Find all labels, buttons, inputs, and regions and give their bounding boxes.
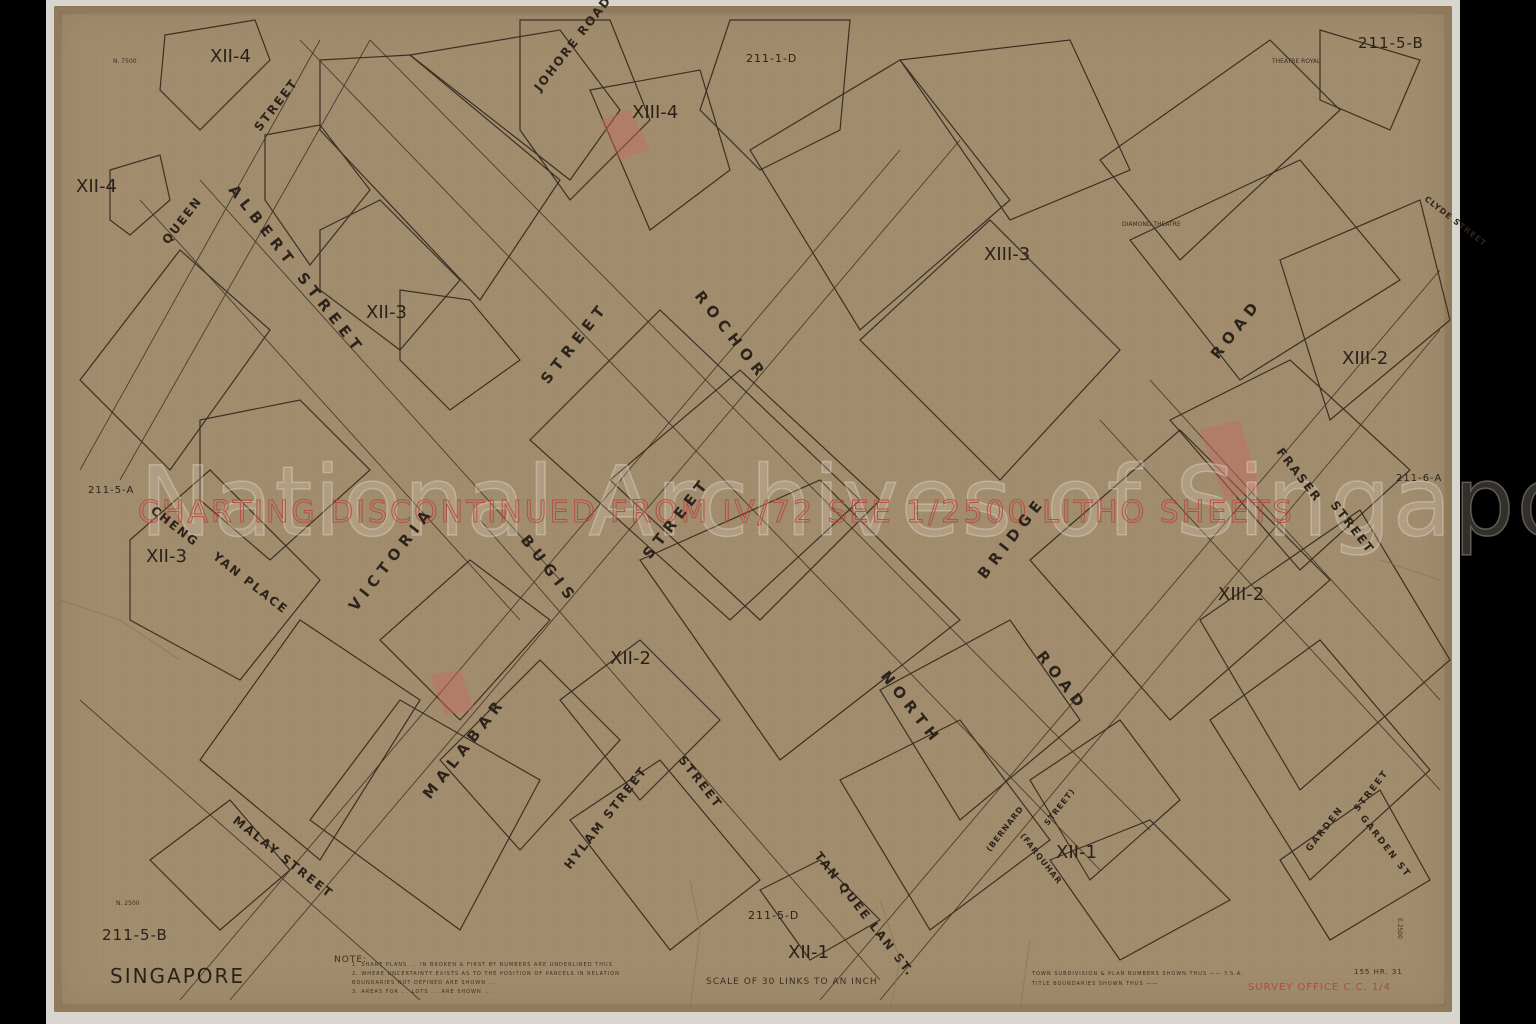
northing-top-label: N. 7500 [113,58,137,65]
grid-ref-xii-2: XII-2 [610,648,651,669]
survey-office-label: SURVEY OFFICE C.C. 1/4 [1248,982,1391,993]
diamond-theatre-label: DIAMOND THEATRE [1122,221,1181,228]
easting-right-label: E.2500 [1396,918,1403,939]
sheet-ref-top-right: 211-5-B [1358,34,1424,52]
grid-ref-xii-1-bottom: XII-1 [788,942,829,963]
northing-bottom-label: N. 2500 [116,900,140,907]
sheet-ref-top-center: 211-1-D [746,52,797,65]
grid-ref-xii-3-center: XII-3 [366,302,407,323]
place-title: SINGAPORE [110,964,245,988]
grid-ref-xiii-2-lower: XIII-2 [1218,584,1264,605]
grid-ref-xiii-2-right: XIII-2 [1342,348,1388,369]
sheet-ref-bottom-center: 211-5-D [748,909,799,922]
sheet-ref-right: 211-6-A [1396,473,1442,484]
grid-ref-xiii-3: XIII-3 [984,244,1030,265]
charting-discontinued-stamp: CHARTING DISCONTINUED FROM IV/72 SEE 1/2… [138,495,1295,530]
grid-ref-xiii-4: XIII-4 [632,102,678,123]
scale-text: SCALE OF 30 LINKS TO AN INCH [706,977,878,987]
legend-subdivision: TOWN SUBDIVISION & PLAN NUMBERS SHOWN TH… [1031,971,1244,977]
sheet-ref-bottom-left: 211-5-B [102,926,168,944]
theatre-royal-label: THEATRE ROYAL [1271,58,1321,65]
grid-ref-xii-3-left: XII-3 [146,546,187,567]
note-1: 1. SHARE PLANS ... IN BROKEN & FIRST BY … [352,962,613,968]
legend-title-boundaries: TITLE BOUNDARIES SHOWN THUS —— [1031,981,1158,987]
survey-map: National Archives of Singapore CHARTING … [0,0,1536,1024]
grid-ref-xii-4-top: XII-4 [210,46,251,67]
sheet-number: 155 HR. 31 [1354,968,1403,976]
grid-ref-xii-4-left: XII-4 [76,176,117,197]
note-2: 2. WHERE UNCERTAINTY EXISTS AS TO THE PO… [352,971,620,977]
grid-ref-xii-1-right: XII-1 [1056,842,1097,863]
note-4: 3. AREAS FOR ... LOTS ... ARE SHOWN ... [352,989,492,995]
note-3: BOUNDARIES NOT DEFINED ARE SHOWN ... [352,980,496,986]
sheet-ref-left: 211-5-A [88,485,134,496]
